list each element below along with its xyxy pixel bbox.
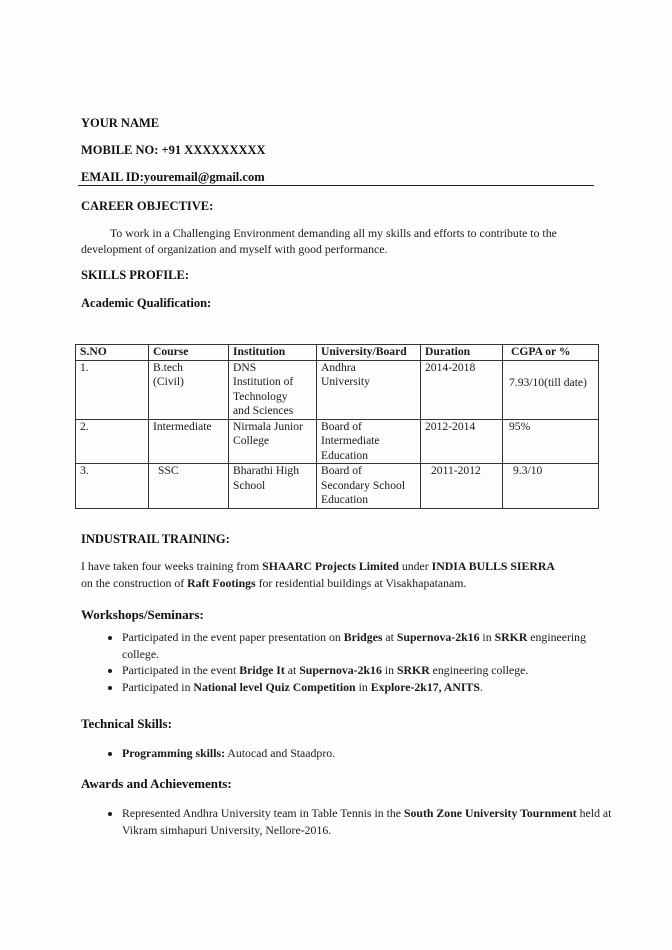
cell-institution: DNSInstitution ofTechnologyand Sciences (229, 360, 317, 419)
list-item: Participated in the event paper presenta… (122, 629, 612, 662)
university-line: Andhra (321, 361, 416, 376)
awards-list: Represented Andhra University team in Ta… (104, 805, 612, 839)
table-header-row: S.NO Course Institution University/Board… (76, 345, 599, 361)
academic-qualification-table: S.NO Course Institution University/Board… (75, 344, 599, 509)
course-line: B.tech (153, 361, 224, 376)
bold-text: Bridge It (239, 663, 285, 677)
university-line: Education (321, 493, 416, 508)
text: engineering college. (430, 663, 529, 677)
header-university: University/Board (317, 345, 421, 361)
text: . (480, 680, 483, 694)
mobile-number: MOBILE NO: +91 XXXXXXXXX (81, 143, 266, 158)
career-objective-line1: To work in a Challenging Environment dem… (81, 225, 596, 241)
technical-skills-heading: Technical Skills: (81, 716, 172, 732)
course-line: (Civil) (153, 375, 224, 390)
text: in (382, 663, 397, 677)
cell-university: Board ofIntermediateEducation (317, 419, 421, 464)
cell-institution: Bharathi HighSchool (229, 464, 317, 509)
industrial-training-heading: INDUSTRAIL TRAINING: (81, 532, 230, 547)
bold-text: Supernova-2k16 (299, 663, 382, 677)
header-divider (78, 185, 594, 186)
bold-text: South Zone University Tournment (404, 806, 577, 820)
career-objective-heading: CAREER OBJECTIVE: (81, 199, 213, 214)
cell-course: B.tech(Civil) (149, 360, 229, 419)
institution-line: DNS (233, 361, 312, 376)
awards-heading: Awards and Achievements: (81, 776, 232, 792)
company-name: SHAARC Projects Limited (262, 559, 399, 573)
email-id: EMAIL ID:youremail@gmail.com (81, 170, 265, 185)
cell-score: 7.93/10(till date) (503, 360, 599, 419)
training-line2: on the construction of Raft Footings for… (81, 575, 596, 592)
project-name: INDIA BULLS SIERRA (432, 559, 555, 573)
header-duration: Duration (421, 345, 503, 361)
bold-text: Supernova-2k16 (397, 630, 480, 644)
text: in (356, 680, 371, 694)
text: on the construction of (81, 576, 187, 590)
text: Autocad and Staadpro. (225, 746, 335, 760)
cell-university: AndhraUniversity (317, 360, 421, 419)
list-item: Participated in the event Bridge It at S… (122, 662, 612, 679)
cell-course: SSC (149, 464, 229, 509)
university-line: Education (321, 449, 416, 464)
institution-line: College (233, 434, 312, 449)
cell-sno: 1. (76, 360, 149, 419)
bold-text: Programming skills: (122, 746, 225, 760)
text: Participated in the event paper presenta… (122, 630, 344, 644)
cell-university: Board ofSecondary SchoolEducation (317, 464, 421, 509)
cell-sno: 2. (76, 419, 149, 464)
text: in (479, 630, 494, 644)
career-objective-text: To work in a Challenging Environment dem… (81, 225, 596, 257)
list-item: Represented Andhra University team in Ta… (122, 805, 612, 839)
institution-line: Technology (233, 390, 312, 405)
academic-qualification-heading: Academic Qualification: (81, 296, 211, 311)
bold-text: National level Quiz Competition (193, 680, 355, 694)
skills-profile-heading: SKILLS PROFILE: (81, 268, 189, 283)
text: under (399, 559, 432, 573)
bold-text: SRKR (397, 663, 430, 677)
workshops-list: Participated in the event paper presenta… (104, 629, 612, 695)
table-row: 3. SSC Bharathi HighSchool Board ofSecon… (76, 464, 599, 509)
university-line: Board of (321, 420, 416, 435)
institution-line: and Sciences (233, 404, 312, 419)
text: at (382, 630, 396, 644)
institution-line: Nirmala Junior (233, 420, 312, 435)
text: for residential buildings at Visakhapata… (256, 576, 467, 590)
cell-course: Intermediate (149, 419, 229, 464)
cell-sno: 3. (76, 464, 149, 509)
career-objective-line2: development of organization and myself w… (81, 241, 596, 257)
institution-line: School (233, 479, 312, 494)
institution-line: Institution of (233, 375, 312, 390)
training-line1: I have taken four weeks training from SH… (81, 558, 596, 575)
industrial-training-text: I have taken four weeks training from SH… (81, 558, 596, 592)
cell-duration: 2012-2014 (421, 419, 503, 464)
work-topic: Raft Footings (187, 576, 255, 590)
university-line: Secondary School (321, 479, 416, 494)
table-row: 2. Intermediate Nirmala JuniorCollege Bo… (76, 419, 599, 464)
cell-score: 95% (503, 419, 599, 464)
cell-score: 9.3/10 (503, 464, 599, 509)
institution-line: Bharathi High (233, 464, 312, 479)
bold-text: SRKR (495, 630, 528, 644)
text: Participated in (122, 680, 193, 694)
header-score: CGPA or % (503, 345, 599, 361)
list-item: Participated in National level Quiz Comp… (122, 679, 612, 696)
university-line: University (321, 375, 416, 390)
cell-duration: 2011-2012 (421, 464, 503, 509)
cell-duration: 2014-2018 (421, 360, 503, 419)
bold-text: Bridges (344, 630, 383, 644)
text: I have taken four weeks training from (81, 559, 262, 573)
bold-text: Explore-2k17, ANITS (371, 680, 480, 694)
university-line: Intermediate (321, 434, 416, 449)
header-course: Course (149, 345, 229, 361)
candidate-name: YOUR NAME (81, 116, 159, 131)
cell-institution: Nirmala JuniorCollege (229, 419, 317, 464)
workshops-heading: Workshops/Seminars: (81, 607, 204, 623)
header-institution: Institution (229, 345, 317, 361)
list-item: Programming skills: Autocad and Staadpro… (122, 745, 612, 762)
table-row: 1. B.tech(Civil) DNSInstitution ofTechno… (76, 360, 599, 419)
technical-skills-list: Programming skills: Autocad and Staadpro… (104, 745, 612, 762)
text: Participated in the event (122, 663, 239, 677)
header-sno: S.NO (76, 345, 149, 361)
text: Represented Andhra University team in Ta… (122, 806, 404, 820)
text: at (285, 663, 299, 677)
university-line: Board of (321, 464, 416, 479)
